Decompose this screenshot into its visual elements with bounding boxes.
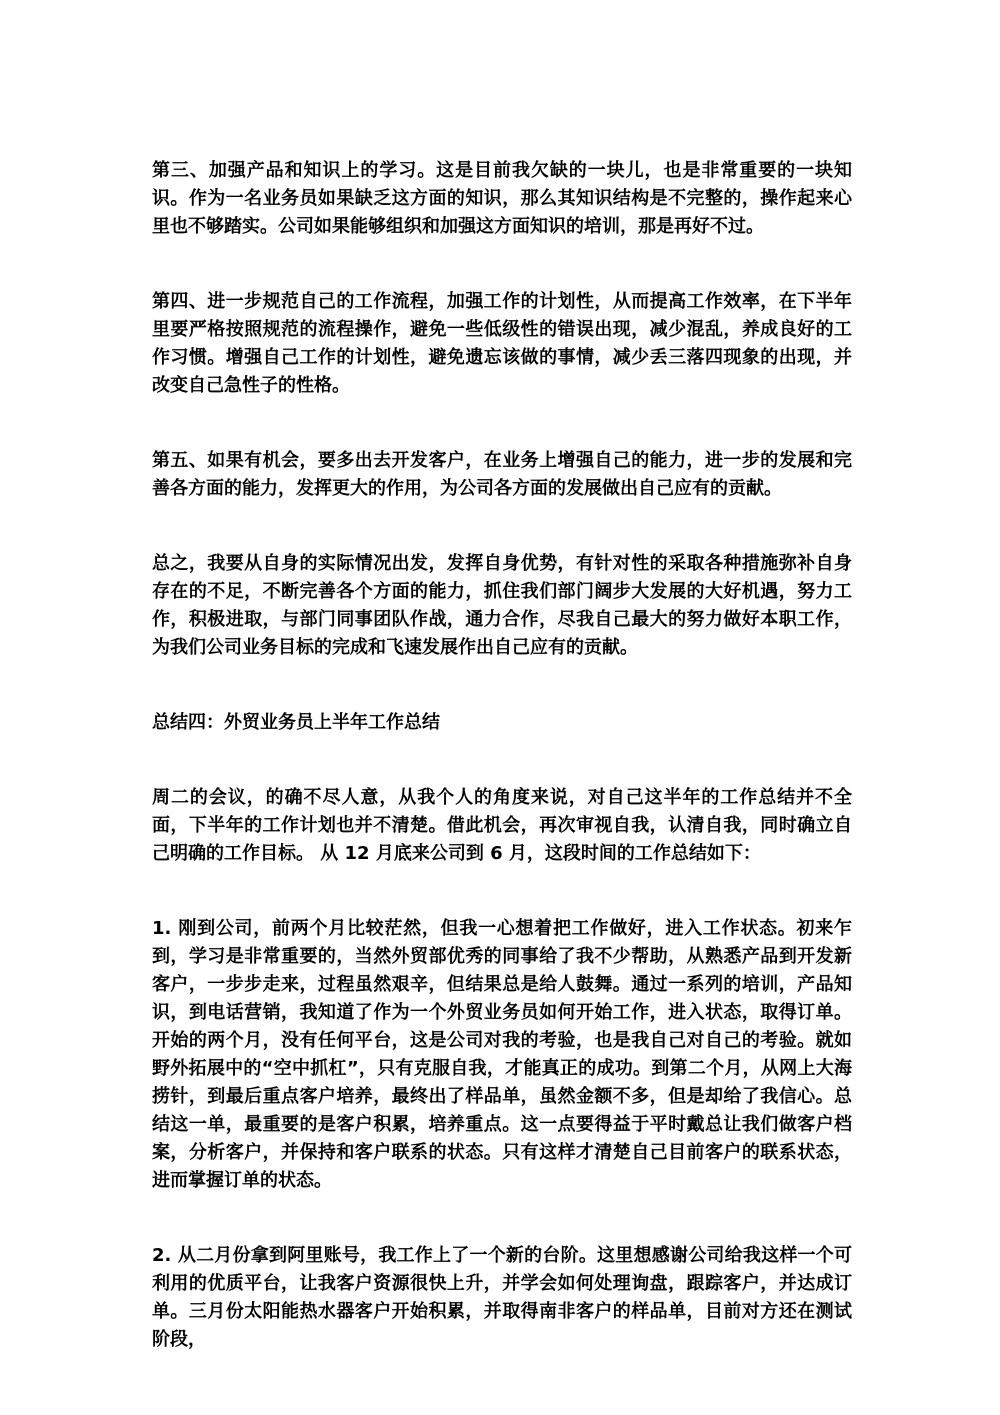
section-heading: 总结四：外贸业务员上半年工作总结	[152, 709, 852, 737]
paragraph-item-4: 第四、进一步规范自己的工作流程，加强工作的计划性，从而提高工作效率，在下半年里要…	[152, 288, 852, 400]
paragraph-numbered-1: 1. 刚到公司，前两个月比较茫然，但我一心想着把工作做好，进入工作状态。初来乍到…	[152, 915, 852, 1195]
paragraph-numbered-2: 2. 从二月份拿到阿里账号，我工作上了一个新的台阶。这里想感谢公司给我这样一个可…	[152, 1242, 852, 1354]
paragraph-item-5: 第五、如果有机会，要多出去开发客户，在业务上增强自己的能力，进一步的发展和完善各…	[152, 447, 852, 503]
paragraph-summary: 总之，我要从自身的实际情况出发，发挥自身优势，有针对性的采取各种措施弥补自身存在…	[152, 550, 852, 662]
paragraph-intro: 周二的会议，的确不尽人意，从我个人的角度来说，对自己这半年的工作总结并不全面，下…	[152, 784, 852, 868]
document-page: 第三、加强产品和知识上的学习。这是目前我欠缺的一块儿，也是非常重要的一块知识。作…	[0, 0, 1000, 1415]
paragraph-item-3: 第三、加强产品和知识上的学习。这是目前我欠缺的一块儿，也是非常重要的一块知识。作…	[152, 157, 852, 241]
